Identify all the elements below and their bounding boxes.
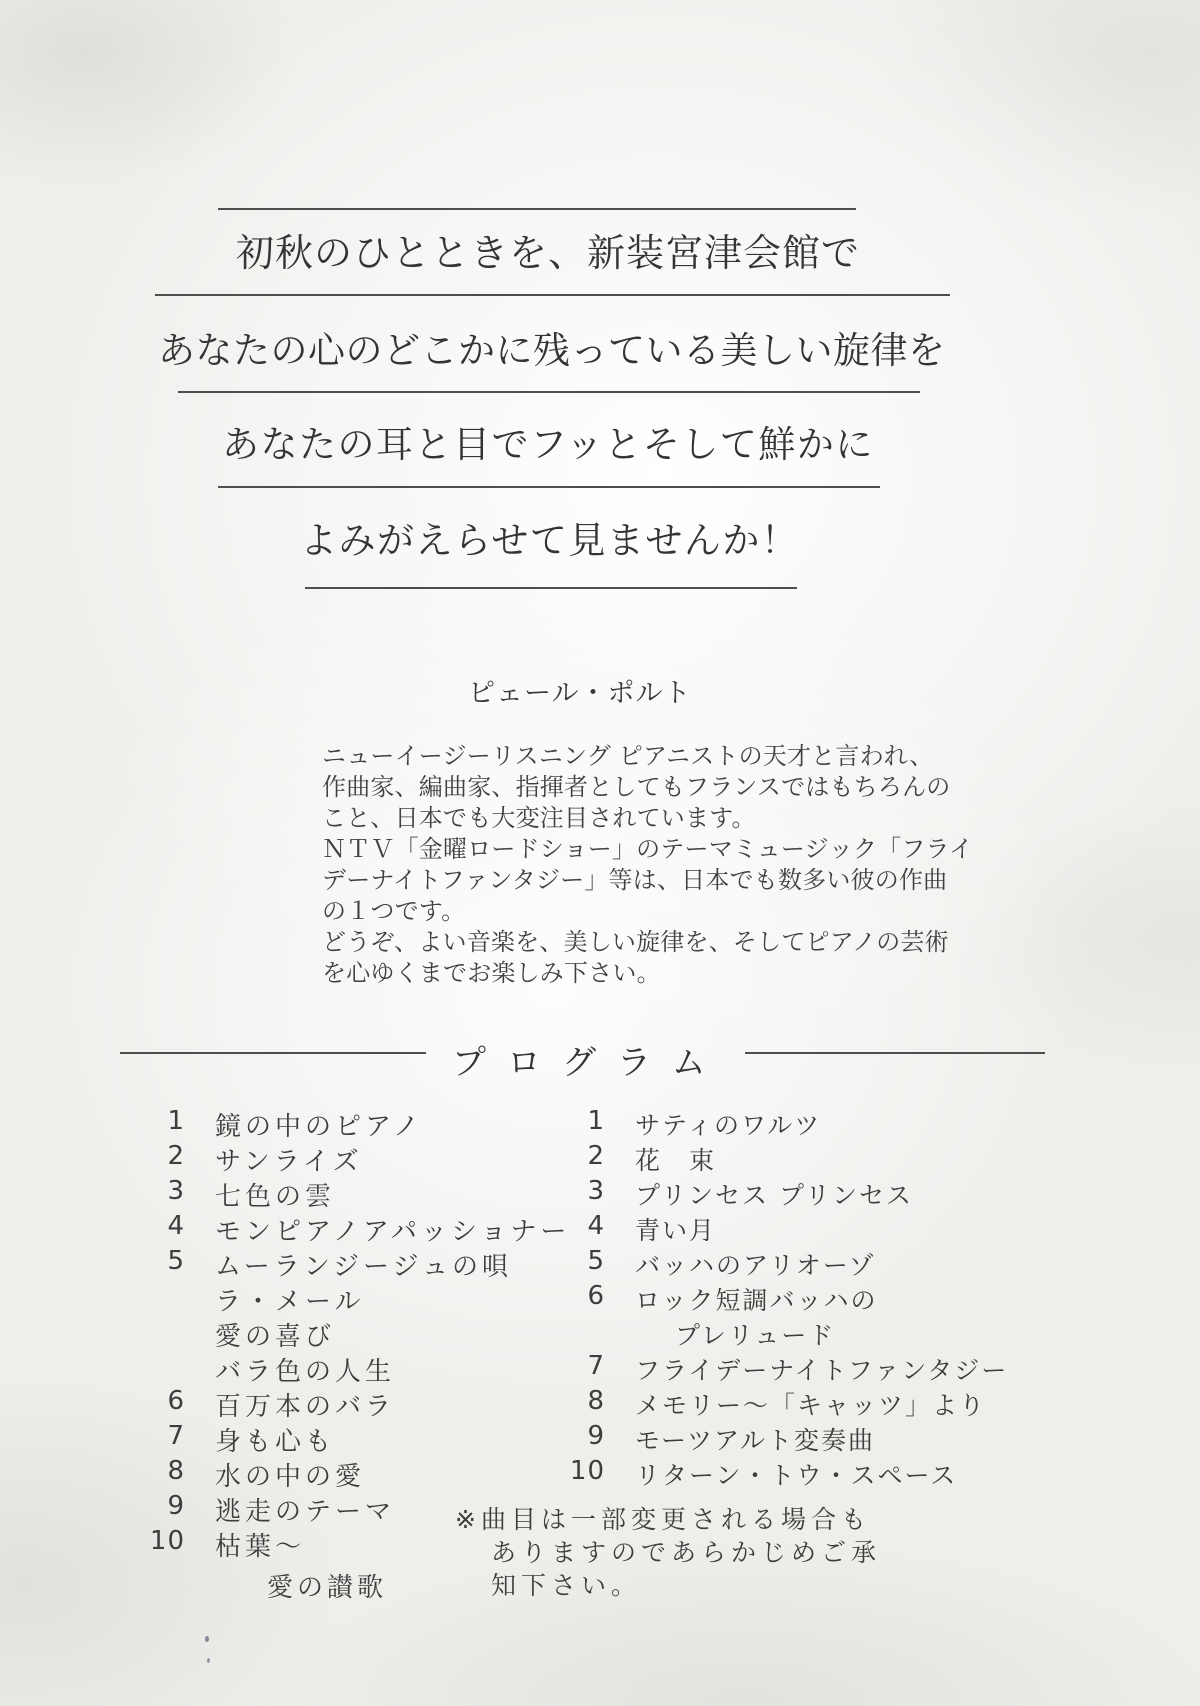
program-row: 4モンピアノアパッショナー — [145, 1211, 570, 1246]
program-row: 7フライデーナイトファンタジー — [560, 1351, 1008, 1386]
program-row: 5ムーランジージュの唄 — [145, 1246, 570, 1281]
program-title-text: バッハのアリオーゾ — [635, 1246, 876, 1282]
bio-line: を心ゆくまでお楽しみ下さい。 — [322, 958, 973, 989]
divider-line-3 — [178, 391, 920, 393]
program-number: 3 — [560, 1176, 605, 1206]
note-line: ※曲目は一部変更される場合も — [455, 1503, 881, 1536]
headline-line-2: あなたの心のどこかに残っている美しい旋律を — [158, 320, 946, 374]
bio-line: 作曲家、編曲家、指揮者としてもフランスではもちろんの — [322, 772, 973, 803]
program-number: 2 — [145, 1141, 185, 1171]
artist-bio: ニューイージーリスニング ピアニストの天才と言われ、 作曲家、編曲家、指揮者とし… — [322, 741, 973, 989]
program-row: 6ロック短調バッハの — [560, 1281, 1008, 1316]
program-number: 2 — [560, 1141, 605, 1171]
bio-line: ニューイージーリスニング ピアニストの天才と言われ、 — [322, 741, 973, 772]
program-title-text: ラ・メール — [215, 1281, 364, 1318]
program-right-column: 1サティのワルツ 2花 束 3プリンセス プリンセス 4青い月 5バッハのアリオ… — [560, 1106, 1008, 1491]
program-row: ラ・メール — [145, 1281, 570, 1316]
program-number: 4 — [145, 1211, 185, 1241]
program-row: 3七色の雲 — [145, 1176, 570, 1211]
program-row: 1サティのワルツ — [560, 1106, 1008, 1141]
bio-line: ＮＴＶ「金曜ロードショー」のテーマミュージック「フライ — [322, 834, 973, 865]
headline-line-1: 初秋のひとときを、新装宮津会館で — [236, 222, 860, 277]
program-row: プレリュード — [560, 1316, 1008, 1351]
headline-line-4: よみがえらせて見ませんか！ — [300, 510, 799, 564]
program-title-text: 青い月 — [635, 1211, 716, 1247]
divider-line-bottom — [305, 587, 797, 589]
program-row: 7身も心も — [145, 1421, 570, 1456]
bio-line: の１つです。 — [322, 896, 973, 927]
divider-line-4 — [218, 486, 880, 488]
program-row: 2サンライズ — [145, 1141, 570, 1176]
program-row: 1鏡の中のピアノ — [145, 1106, 570, 1141]
program-row: 10リターン・トウ・スペース — [560, 1456, 1008, 1491]
program-title-text: 百万本のバラ — [215, 1386, 395, 1423]
program-number: 5 — [560, 1246, 605, 1276]
program-title-text: 愛の讃歌 — [215, 1567, 387, 1604]
program-title-text: プリンセス プリンセス — [635, 1176, 913, 1212]
program-number: 3 — [145, 1176, 185, 1206]
headline-line-3: あなたの耳と目でフッとそして鮮かに — [222, 414, 874, 468]
program-number: 5 — [145, 1246, 185, 1276]
program-title-text: 愛の喜び — [215, 1316, 335, 1353]
divider-line-2 — [155, 294, 950, 296]
program-row: 4青い月 — [560, 1211, 1008, 1246]
program-title-text: メモリー～「キャッツ」より — [635, 1386, 986, 1422]
program-title-text: モンピアノアパッショナー — [215, 1211, 570, 1248]
program-heading-line-left — [120, 1052, 426, 1054]
program-title-text: サンライズ — [215, 1141, 363, 1178]
program-number: 4 — [560, 1211, 605, 1241]
bio-line: デーナイトファンタジー」等は、日本でも数多い彼の作曲 — [322, 865, 973, 896]
note-line: ありますのであらかじめご承 — [455, 1536, 881, 1569]
bio-line: どうぞ、よい音楽を、美しい旋律を、そしてピアノの芸術 — [322, 927, 973, 958]
program-title-text: モーツアルト変奏曲 — [635, 1421, 875, 1457]
program-row: 愛の喜び — [145, 1316, 570, 1351]
program-title-text: フライデーナイトファンタジー — [635, 1351, 1008, 1387]
program-number: 9 — [560, 1421, 605, 1451]
program-title-text: 枯葉～ — [215, 1526, 305, 1563]
program-title-text: 水の中の愛 — [215, 1456, 365, 1493]
program-number: 10 — [145, 1526, 185, 1556]
program-title-text: 花 束 — [635, 1141, 716, 1177]
program-number: 7 — [560, 1351, 605, 1381]
note-line: 知下さい。 — [455, 1569, 881, 1602]
scan-speck — [207, 1658, 210, 1663]
program-title-text: 鏡の中のピアノ — [215, 1106, 423, 1143]
bio-line: こと、日本でも大変注目されています。 — [322, 803, 973, 834]
program-row: 8メモリー～「キャッツ」より — [560, 1386, 1008, 1421]
program-title-text: ロック短調バッハの — [635, 1281, 878, 1317]
divider-line-top — [218, 208, 856, 210]
program-row: 2花 束 — [560, 1141, 1008, 1176]
program-number: 8 — [145, 1456, 185, 1486]
program-number: 10 — [560, 1456, 605, 1486]
program-number: 6 — [560, 1281, 605, 1311]
program-row: 8水の中の愛 — [145, 1456, 570, 1491]
program-heading: プログラム — [452, 1035, 727, 1084]
program-row: 5バッハのアリオーゾ — [560, 1246, 1008, 1281]
program-number: 7 — [145, 1421, 185, 1451]
program-title-text: サティのワルツ — [635, 1106, 821, 1142]
program-title-text: バラ色の人生 — [215, 1351, 395, 1388]
program-row: 3プリンセス プリンセス — [560, 1176, 1008, 1211]
artist-name: ピェール・ポルト — [468, 671, 691, 710]
program-row: 6百万本のバラ — [145, 1386, 570, 1421]
program-heading-line-right — [745, 1052, 1045, 1054]
program-title-text: リターン・トウ・スペース — [635, 1456, 957, 1492]
program-number: 1 — [145, 1106, 185, 1136]
program-number: 6 — [145, 1386, 185, 1416]
program-title-text: 身も心も — [215, 1421, 335, 1458]
program-row: 9モーツアルト変奏曲 — [560, 1421, 1008, 1456]
program-title-text: ムーランジージュの唄 — [215, 1246, 512, 1283]
program-row: バラ色の人生 — [145, 1351, 570, 1386]
program-number: 9 — [145, 1491, 185, 1521]
concert-flyer-page: 初秋のひとときを、新装宮津会館で あなたの心のどこかに残っている美しい旋律を あ… — [0, 0, 1200, 1706]
program-number: 1 — [560, 1106, 605, 1136]
program-title-text: プレリュード — [635, 1316, 835, 1352]
program-title-text: 七色の雲 — [215, 1176, 335, 1213]
program-note: ※曲目は一部変更される場合も ありますのであらかじめご承 知下さい。 — [455, 1503, 881, 1602]
scan-speck — [205, 1636, 209, 1642]
program-number: 8 — [560, 1386, 605, 1416]
program-title-text: 逃走のテーマ — [215, 1491, 395, 1528]
